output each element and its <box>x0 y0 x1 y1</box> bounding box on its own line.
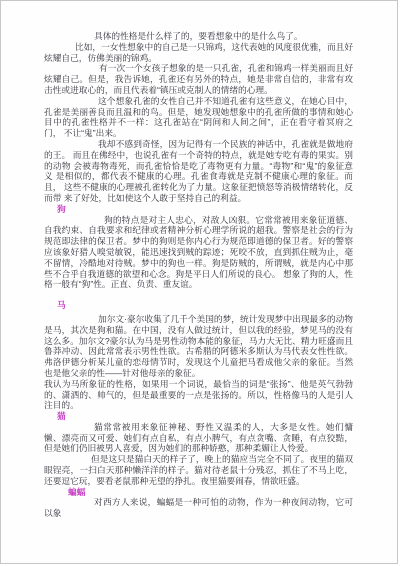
text-column: 具体的性格是什么样了的，要看想象中的是什么鸟了。 比如，一女性想象中的自己是一只… <box>1 1 397 519</box>
document-page: 具体的性格是什么样了的，要看想象中的是什么鸟了。 比如，一女性想象中的自己是一只… <box>0 0 398 564</box>
paragraph-peacock-meaning: 这个想象孔雀的女性自己并不知道孔雀有这些意义，在她心目中，孔雀是美丽善良而且温和… <box>44 96 353 139</box>
paragraph-peacock-girl: 有一次一个女孩子想象的是一只孔雀，孔雀和锦鸡一样美丽而且好炫耀自己。但是，我告诉… <box>44 63 353 95</box>
paragraph-horse-research: 加尔文·豪尔收集了几千个美国的梦，统计发现梦中出现最多的动物是马，其次是狗和猫。… <box>44 314 353 379</box>
paragraph-golden-pheasant: 比如，一女性想象中的自己是一只锦鸡，这代表她的风度很优雅，而且好炫耀自己，仿佛美… <box>44 42 353 64</box>
paragraph-peacock-myth: 我却不感到奇怪，因为记得有一个民族的神话中，孔雀就是做地府的王。 而且在佛经中，… <box>44 139 353 204</box>
paragraph-cat-day: 猫常常被用来象征神秘、野性又温柔的人，大多是女性。她们慵懒、漂亮而又可爱、她们有… <box>44 422 353 454</box>
paragraph-bird-intro: 具体的性格是什么样了的，要看想象中的是什么鸟了。 <box>44 31 353 42</box>
paragraph-horse-character: 我认为马所象征的性格，如果用一个词说，最恰当的词是“张扬”、他是英气勃勃的、潇洒… <box>44 379 353 411</box>
section-heading-cat: 猫 <box>44 411 353 422</box>
section-heading-dog: 狗 <box>44 204 353 215</box>
paragraph-dog: 狗的特点是对主人忠心，对敌人凶狠。它常常被用来象征道德、自我约束、自我要求和纪律… <box>44 215 353 291</box>
section-heading-horse: 马 <box>44 300 353 311</box>
paragraph-bat: 对西方人来说，蝙蝠是一种可怕的动物，作为一种夜间动物，它可以象 <box>44 497 353 519</box>
paragraph-cat-night: 但是这只是猫白天的样子了，晚上的猫应当完全不同了。夜里的猫双眼锃亮，一扫白天那种… <box>44 454 353 486</box>
section-heading-bat: 蝙蝠 <box>44 487 353 498</box>
